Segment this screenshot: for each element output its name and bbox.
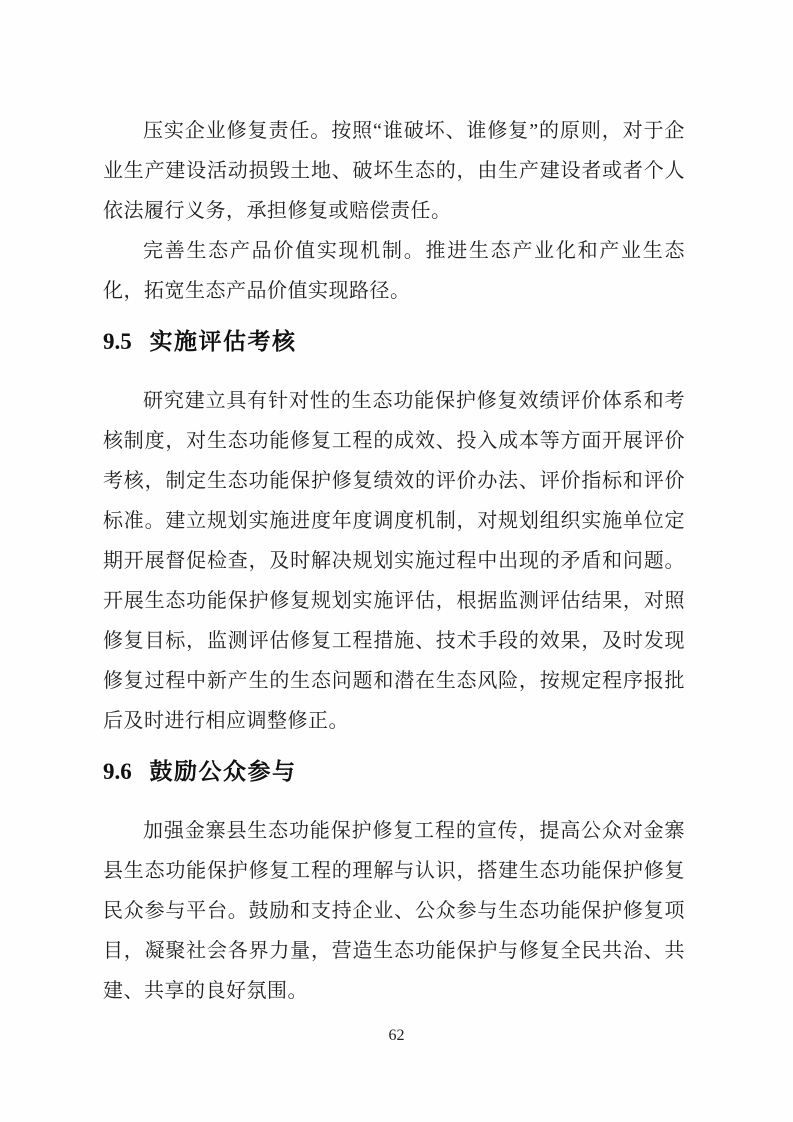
section-number-9-5: 9.5 [103,329,132,354]
paragraph-ecological-product-value: 完善生态产品价值实现机制。推进生态产业化和产业生态化，拓宽生态产品价值实现路径。 [103,231,685,311]
section-heading-9-5: 9.5 实施评估考核 [103,319,685,364]
document-page: 压实企业修复责任。按照“谁破坏、谁修复”的原则，对于企业生产建设活动损毁土地、破… [0,0,793,1122]
paragraph-enterprise-restoration-responsibility: 压实企业修复责任。按照“谁破坏、谁修复”的原则，对于企业生产建设活动损毁土地、破… [103,111,685,231]
document-body: 压实企业修复责任。按照“谁破坏、谁修复”的原则，对于企业生产建设活动损毁土地、破… [103,111,685,1011]
section-title-9-6: 鼓励公众参与 [150,758,297,784]
section-title-9-5: 实施评估考核 [150,328,297,354]
page-number: 62 [0,1026,793,1046]
paragraph-public-participation: 加强金寨县生态功能保护修复工程的宣传，提高公众对金寨县生态功能保护修复工程的理解… [103,811,685,1011]
section-heading-9-6: 9.6 鼓励公众参与 [103,749,685,794]
section-number-9-6: 9.6 [103,759,132,784]
paragraph-evaluation-assessment: 研究建立具有针对性的生态功能保护修复效绩评价体系和考核制度，对生态功能修复工程的… [103,381,685,741]
